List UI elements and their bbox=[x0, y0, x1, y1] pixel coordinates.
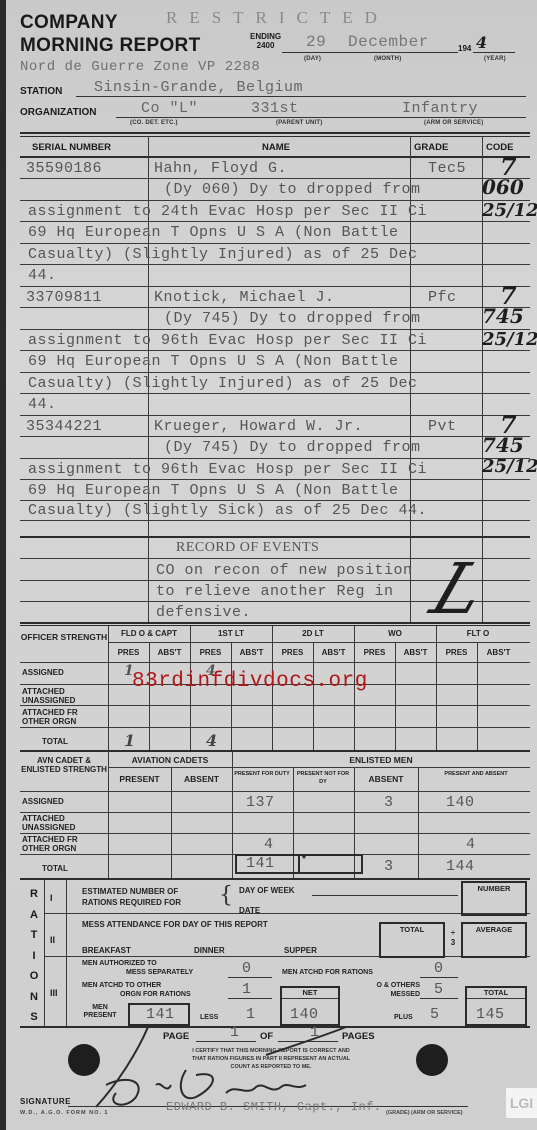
rations-side-label: R A T I O N S bbox=[26, 884, 42, 1028]
entry3-line3: 69 Hq European T Opns U S A (Non Battle bbox=[28, 482, 399, 499]
enl-total-absent: 3 bbox=[384, 858, 394, 875]
entry1-line5: 44. bbox=[28, 267, 57, 284]
corner-mark: LGI bbox=[506, 1088, 537, 1118]
enl-assigned-pres-abs: 140 bbox=[446, 794, 475, 811]
enl-assigned-pfd: 137 bbox=[246, 794, 275, 811]
col-present-for-duty: PRESENT FOR DUTY bbox=[234, 770, 290, 778]
less-value: 1 bbox=[246, 1006, 256, 1023]
atchd-other-label1: MEN ATCHD TO OTHER bbox=[82, 981, 191, 990]
enl-total-pnfd: * bbox=[302, 854, 306, 865]
enl-attached-fr-pres-abs: 4 bbox=[466, 836, 476, 853]
entry3-grade: Pvt bbox=[428, 418, 457, 435]
subcol-abst: ABS'T bbox=[313, 648, 354, 657]
signer-caption: (GRADE) (ARM OR SERVICE) bbox=[386, 1110, 463, 1116]
subcol-pres: PRES bbox=[354, 648, 395, 657]
group-2d-lt: 2D LT bbox=[272, 629, 354, 638]
entry3-line1: (Dy 745) Dy to dropped from bbox=[164, 439, 421, 456]
form-title-line2: MORNING REPORT bbox=[20, 35, 200, 57]
off-row-attached-unassigned: ATTACHED UNASSIGNED bbox=[22, 687, 102, 705]
org-arm: Infantry bbox=[402, 100, 478, 117]
entry3-margin-day: 745 bbox=[482, 433, 524, 457]
men-present-value: 141 bbox=[146, 1006, 175, 1023]
enl-row-total: TOTAL bbox=[42, 864, 68, 873]
year-prefix: 194 bbox=[458, 44, 471, 53]
breakfast-label: BREAKFAST bbox=[82, 946, 131, 955]
mess-sep-label2: MESS SEPARATELY bbox=[82, 968, 193, 977]
date-label: DATE bbox=[239, 906, 260, 915]
group-fld-o-capt: FLD O & CAPT bbox=[108, 629, 190, 638]
enl-total-pres-abs: 144 bbox=[446, 858, 475, 875]
entry2-line3: 69 Hq European T Opns U S A (Non Battle bbox=[28, 353, 399, 370]
entry1-margin-date: 25/12 bbox=[482, 200, 537, 221]
entry2-name: Knotick, Michael J. bbox=[154, 289, 335, 306]
rations-letter: S bbox=[26, 1007, 42, 1028]
off-row-attached-fr-other: ATTACHED FR OTHER ORGN bbox=[22, 708, 102, 726]
number-label: NUMBER bbox=[466, 884, 522, 893]
entry2-margin-day: 745 bbox=[482, 304, 524, 328]
org-arm-caption: (ARM OR SERVICE) bbox=[424, 120, 483, 126]
org-parent-caption: (PARENT UNIT) bbox=[276, 120, 322, 126]
record-line1: CO on recon of new position bbox=[156, 562, 413, 579]
entry2-line4: Casualty) (Slightly Injured) as of 25 De… bbox=[28, 375, 418, 392]
classification-stamp: RESTRICTED bbox=[166, 8, 389, 28]
subcol-pres: PRES bbox=[436, 648, 477, 657]
o-others-value: 5 bbox=[434, 981, 444, 998]
men-present-label1: MEN bbox=[76, 1004, 124, 1012]
report-month: December bbox=[348, 33, 429, 51]
entry1-name: Hahn, Floyd G. bbox=[154, 160, 287, 177]
watermark: 83rdinfdivdocs.org bbox=[132, 670, 368, 693]
org-company-caption: (CO. DET. ETC.) bbox=[130, 120, 178, 126]
record-line2: to relieve another Reg in bbox=[156, 583, 394, 600]
record-line3: defensive. bbox=[156, 604, 251, 621]
col-avn-present: PRESENT bbox=[108, 774, 171, 784]
divide-by-three: ÷ 3 bbox=[448, 928, 458, 948]
year-caption: (YEAR) bbox=[484, 56, 506, 62]
ending-label: ENDING 2400 bbox=[250, 32, 281, 50]
location-line: Nord de Guerre Zone VP 2288 bbox=[20, 59, 260, 75]
report-day: 29 bbox=[306, 33, 326, 51]
enlisted-men-header: ENLISTED MEN bbox=[232, 755, 530, 765]
aviation-cadets-header: AVIATION CADETS bbox=[108, 755, 232, 765]
mess-sep-value: 0 bbox=[242, 960, 252, 977]
rations-section-iii-num: III bbox=[50, 988, 58, 998]
entry2-grade: Pfc bbox=[428, 289, 457, 306]
men-present-label: MEN PRESENT bbox=[76, 1004, 124, 1020]
entry1-line2: assignment to 24th Evac Hosp per Sec II … bbox=[28, 203, 427, 220]
off-total-1stlt-pres: 4 bbox=[206, 731, 217, 750]
rations-letter: A bbox=[26, 905, 42, 926]
record-initial-signature: L bbox=[421, 548, 497, 630]
atchd-for-rations-label: MEN ATCHD FOR RATIONS bbox=[282, 969, 373, 976]
org-parent-unit: 331st bbox=[251, 100, 299, 117]
mess-total-label: TOTAL bbox=[381, 925, 443, 934]
net-value: 140 bbox=[290, 1006, 319, 1023]
mess-attendance-label: MESS ATTENDANCE FOR DAY OF THIS REPORT bbox=[82, 920, 268, 929]
entry3-line2: assignment to 96th Evac Hosp per Sec II … bbox=[28, 461, 427, 478]
entry1-serial: 35590186 bbox=[26, 160, 102, 177]
entry1-line3: 69 Hq European T Opns U S A (Non Battle bbox=[28, 224, 399, 241]
atchd-other-label2: ORGN FOR RATIONS bbox=[82, 990, 191, 999]
entry1-line1: (Dy 060) Dy to dropped from bbox=[164, 181, 421, 198]
rations-letter: T bbox=[26, 925, 42, 946]
col-grade: GRADE bbox=[414, 142, 448, 153]
subcol-pres: PRES bbox=[190, 648, 231, 657]
plus-label: PLUS bbox=[394, 1014, 413, 1021]
form-title-line1: COMPANY bbox=[20, 12, 118, 34]
rations-section-i-label: ESTIMATED NUMBER OF RATIONS REQUIRED FOR bbox=[82, 886, 181, 908]
o-others-label1: O & OTHERS bbox=[350, 981, 420, 990]
o-others-label: O & OTHERS MESSED bbox=[350, 981, 420, 999]
enl-attached-fr-pfd: 4 bbox=[264, 836, 274, 853]
subcol-pres: PRES bbox=[272, 648, 313, 657]
enl-assigned-absent: 3 bbox=[384, 794, 394, 811]
rations-letter: N bbox=[26, 987, 42, 1008]
col-serial-number: SERIAL NUMBER bbox=[32, 142, 111, 153]
enl-row-attached-unassigned: ATTACHED UNASSIGNED bbox=[22, 814, 102, 832]
section-i-label-line1: ESTIMATED NUMBER OF bbox=[82, 886, 181, 897]
group-1st-lt: 1ST LT bbox=[190, 629, 272, 638]
enlisted-strength-title: AVN CADET & ENLISTED STRENGTH bbox=[20, 756, 108, 774]
morning-report-form: COMPANY MORNING REPORT RESTRICTED ENDING… bbox=[6, 0, 537, 1130]
entry2-line1: (Dy 745) Dy to dropped from bbox=[164, 310, 421, 327]
off-total-fldo-pres: 1 bbox=[124, 731, 135, 750]
entry1-margin-day: 060 bbox=[482, 175, 524, 199]
station-label: STATION bbox=[20, 86, 62, 97]
rations-section-i-num: I bbox=[50, 893, 53, 903]
o-others-label2: MESSED bbox=[350, 990, 420, 999]
entry2-serial: 33709811 bbox=[26, 289, 102, 306]
off-row-total: TOTAL bbox=[42, 737, 68, 746]
men-present-label2: PRESENT bbox=[76, 1012, 124, 1020]
rations-letter: I bbox=[26, 946, 42, 967]
supper-label: SUPPER bbox=[284, 946, 317, 955]
col-avn-absent: ABSENT bbox=[171, 774, 232, 784]
enl-row-attached-fr-other: ATTACHED FR OTHER ORGN bbox=[22, 835, 102, 853]
entry3-serial: 35344221 bbox=[26, 418, 102, 435]
off-row-assigned: ASSIGNED bbox=[22, 668, 64, 677]
ending-label-text: ENDING bbox=[250, 32, 281, 41]
total-rations-label: TOTAL bbox=[467, 988, 525, 997]
ending-time: 2400 bbox=[250, 41, 281, 50]
org-company: Co "L" bbox=[141, 100, 198, 117]
atchd-other-label: MEN ATCHD TO OTHER ORGN FOR RATIONS bbox=[82, 981, 191, 999]
form-number: W.D., A.G.O. FORM NO. 1 bbox=[20, 1110, 109, 1116]
enl-row-assigned: ASSIGNED bbox=[22, 797, 64, 806]
atchd-other-value: 1 bbox=[242, 981, 252, 998]
day-of-week-label: DAY OF WEEK bbox=[239, 886, 295, 895]
organization-label: ORGANIZATION bbox=[20, 107, 96, 118]
entry1-grade: Tec5 bbox=[428, 160, 466, 177]
total-rations-value: 145 bbox=[476, 1006, 505, 1023]
col-present-not-for-duty: PRESENT NOT FOR DY bbox=[294, 770, 352, 786]
record-of-events-title: RECORD OF EVENTS bbox=[176, 540, 319, 556]
enl-total-pfd: 141 bbox=[246, 855, 275, 872]
year-suffix: 4 bbox=[476, 33, 487, 52]
mess-sep-label1: MEN AUTHORIZED TO bbox=[82, 959, 193, 968]
atchd-for-rations-value: 0 bbox=[434, 960, 444, 977]
section-i-label-line2: RATIONS REQUIRED FOR bbox=[82, 897, 181, 908]
average-label: AVERAGE bbox=[463, 925, 525, 934]
group-flt-o: FLT O bbox=[436, 629, 520, 638]
entry3-margin-date: 25/12 bbox=[482, 456, 537, 477]
rations-section-ii-num: II bbox=[50, 935, 55, 945]
subcol-abst: ABS'T bbox=[149, 648, 190, 657]
col-enl-absent: ABSENT bbox=[354, 774, 418, 784]
entry3-line4: Casualty) (Slightly Sick) as of 25 Dec 4… bbox=[28, 502, 427, 519]
subcol-abst: ABS'T bbox=[395, 648, 436, 657]
col-present-and-absent: PRESENT AND ABSENT bbox=[422, 770, 530, 778]
col-name: NAME bbox=[262, 142, 290, 153]
mess-sep-label: MEN AUTHORIZED TO MESS SEPARATELY bbox=[82, 959, 193, 977]
net-label: NET bbox=[282, 988, 338, 997]
entry2-margin-date: 25/12 bbox=[482, 329, 537, 350]
officer-strength-title: OFFICER STRENGTH bbox=[20, 632, 108, 642]
group-wo: WO bbox=[354, 629, 436, 638]
entry2-line2: assignment to 96th Evac Hosp per Sec II … bbox=[28, 332, 427, 349]
subcol-pres: PRES bbox=[108, 648, 149, 657]
rations-letter: O bbox=[26, 966, 42, 987]
entry2-line5: 44. bbox=[28, 396, 57, 413]
subcol-abst: ABS'T bbox=[231, 648, 272, 657]
brace-icon: { bbox=[219, 883, 233, 908]
day-caption: (DAY) bbox=[304, 56, 321, 62]
subcol-abst: ABS'T bbox=[477, 648, 520, 657]
binder-hole-right bbox=[416, 1044, 448, 1076]
dinner-label: DINNER bbox=[194, 946, 225, 955]
signature-label: SIGNATURE bbox=[20, 1097, 71, 1106]
signer-typed-name: EDWARD B. SMITH, Capt., Inf. bbox=[166, 1100, 382, 1114]
month-caption: (MONTH) bbox=[374, 56, 401, 62]
plus-value: 5 bbox=[430, 1006, 440, 1023]
station-value: Sinsin-Grande, Belgium bbox=[94, 79, 303, 96]
entry1-line4: Casualty) (Slightly Injured) as of 25 De… bbox=[28, 246, 418, 263]
rations-letter: R bbox=[26, 884, 42, 905]
entry3-name: Krueger, Howard W. Jr. bbox=[154, 418, 363, 435]
less-label: LESS bbox=[200, 1014, 218, 1021]
